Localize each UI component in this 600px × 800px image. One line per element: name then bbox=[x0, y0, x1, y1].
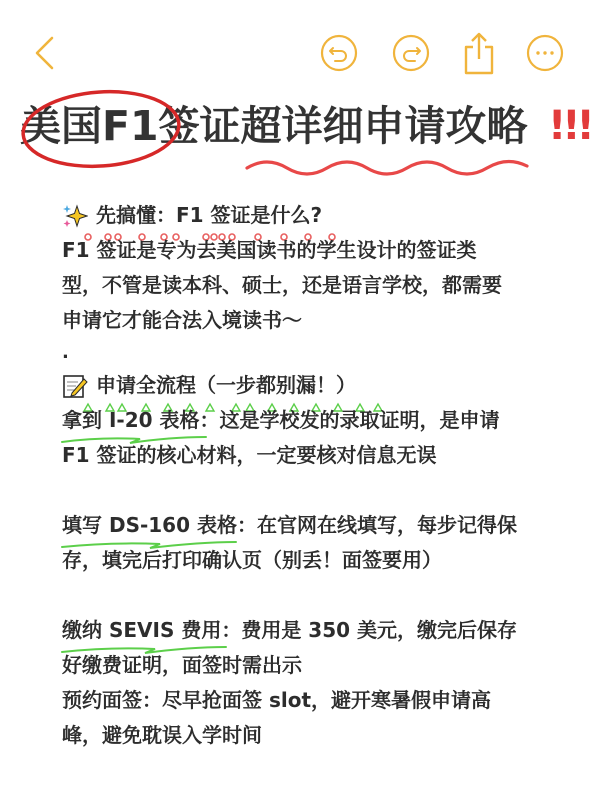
step-label-text: 预约面签 bbox=[62, 688, 142, 712]
step-text: 好缴费证明，面签时需出示 bbox=[62, 648, 562, 683]
step-label: 拿到 I-20 表格 bbox=[62, 403, 200, 438]
separator-dot: . bbox=[62, 338, 562, 368]
step-text: ：尽早抢面签 slot，避开寒暑假申请高 bbox=[142, 688, 491, 712]
blank-line bbox=[62, 578, 562, 613]
toolbar bbox=[0, 0, 600, 90]
body-line: 型，不管是读本科、硕士，还是语言学校，都需要 bbox=[62, 268, 562, 303]
section-heading-text: 先搞懂：F1 签证是什么? bbox=[96, 198, 322, 233]
more-button[interactable] bbox=[525, 33, 565, 73]
back-button[interactable] bbox=[32, 35, 56, 71]
note-body: 先搞懂：F1 签证是什么? F1 签证是专为去美国读书的学生设计的签证类 型，不… bbox=[62, 198, 562, 753]
redo-icon bbox=[391, 33, 431, 73]
section-heading-what-is: 先搞懂：F1 签证是什么? bbox=[62, 198, 562, 233]
note-title-area: 美国F1签证超详细申请攻略 !!! bbox=[0, 90, 600, 180]
body-line: 申请它才能合法入境读书～ bbox=[62, 303, 562, 338]
blank-line bbox=[62, 473, 562, 508]
step-label-text: 拿到 I-20 表格 bbox=[62, 408, 200, 432]
step-label: 缴纳 SEVIS 费用 bbox=[62, 613, 221, 648]
more-icon bbox=[525, 33, 565, 73]
step-text: 存，填完后打印确认页（别丢！面签要用） bbox=[62, 543, 562, 578]
step-ds160: 填写 DS-160 表格：在官网在线填写，每步记得保 bbox=[62, 508, 562, 543]
share-button[interactable] bbox=[462, 30, 496, 76]
red-circle-annotation-icon bbox=[16, 86, 186, 172]
step-text: ：这是学校发的录取证明，是申请 bbox=[200, 408, 500, 432]
step-text: 峰，避免耽误入学时间 bbox=[62, 718, 562, 753]
step-label-text: 缴纳 SEVIS 费用 bbox=[62, 618, 221, 642]
share-icon bbox=[462, 30, 496, 76]
sparkles-icon bbox=[62, 203, 88, 229]
step-text: F1 签证的核心材料，一定要核对信息无误 bbox=[62, 438, 562, 473]
chevron-left-icon bbox=[32, 35, 56, 71]
title-exclamation: !!! bbox=[548, 98, 591, 154]
section-heading-text: 申请全流程（一步都别漏！） bbox=[96, 368, 356, 403]
step-text: ：费用是 350 美元，缴完后保存 bbox=[221, 618, 517, 642]
step-i20: 拿到 I-20 表格：这是学校发的录取证明，是申请 bbox=[62, 403, 562, 438]
step-interview: 预约面签：尽早抢面签 slot，避开寒暑假申请高 bbox=[62, 683, 562, 718]
redo-button[interactable] bbox=[391, 33, 431, 73]
step-label: 填写 DS-160 表格 bbox=[62, 508, 237, 543]
undo-icon bbox=[319, 33, 359, 73]
undo-button[interactable] bbox=[319, 33, 359, 73]
step-label-text: 填写 DS-160 表格 bbox=[62, 513, 237, 537]
step-text: ：在官网在线填写，每步记得保 bbox=[237, 513, 517, 537]
memo-icon bbox=[62, 373, 88, 399]
section-heading-process: 申请全流程（一步都别漏！） bbox=[62, 368, 562, 403]
red-wavy-underline-icon bbox=[245, 158, 535, 178]
body-line: F1 签证是专为去美国读书的学生设计的签证类 bbox=[62, 233, 562, 268]
step-sevis: 缴纳 SEVIS 费用：费用是 350 美元，缴完后保存 bbox=[62, 613, 562, 648]
